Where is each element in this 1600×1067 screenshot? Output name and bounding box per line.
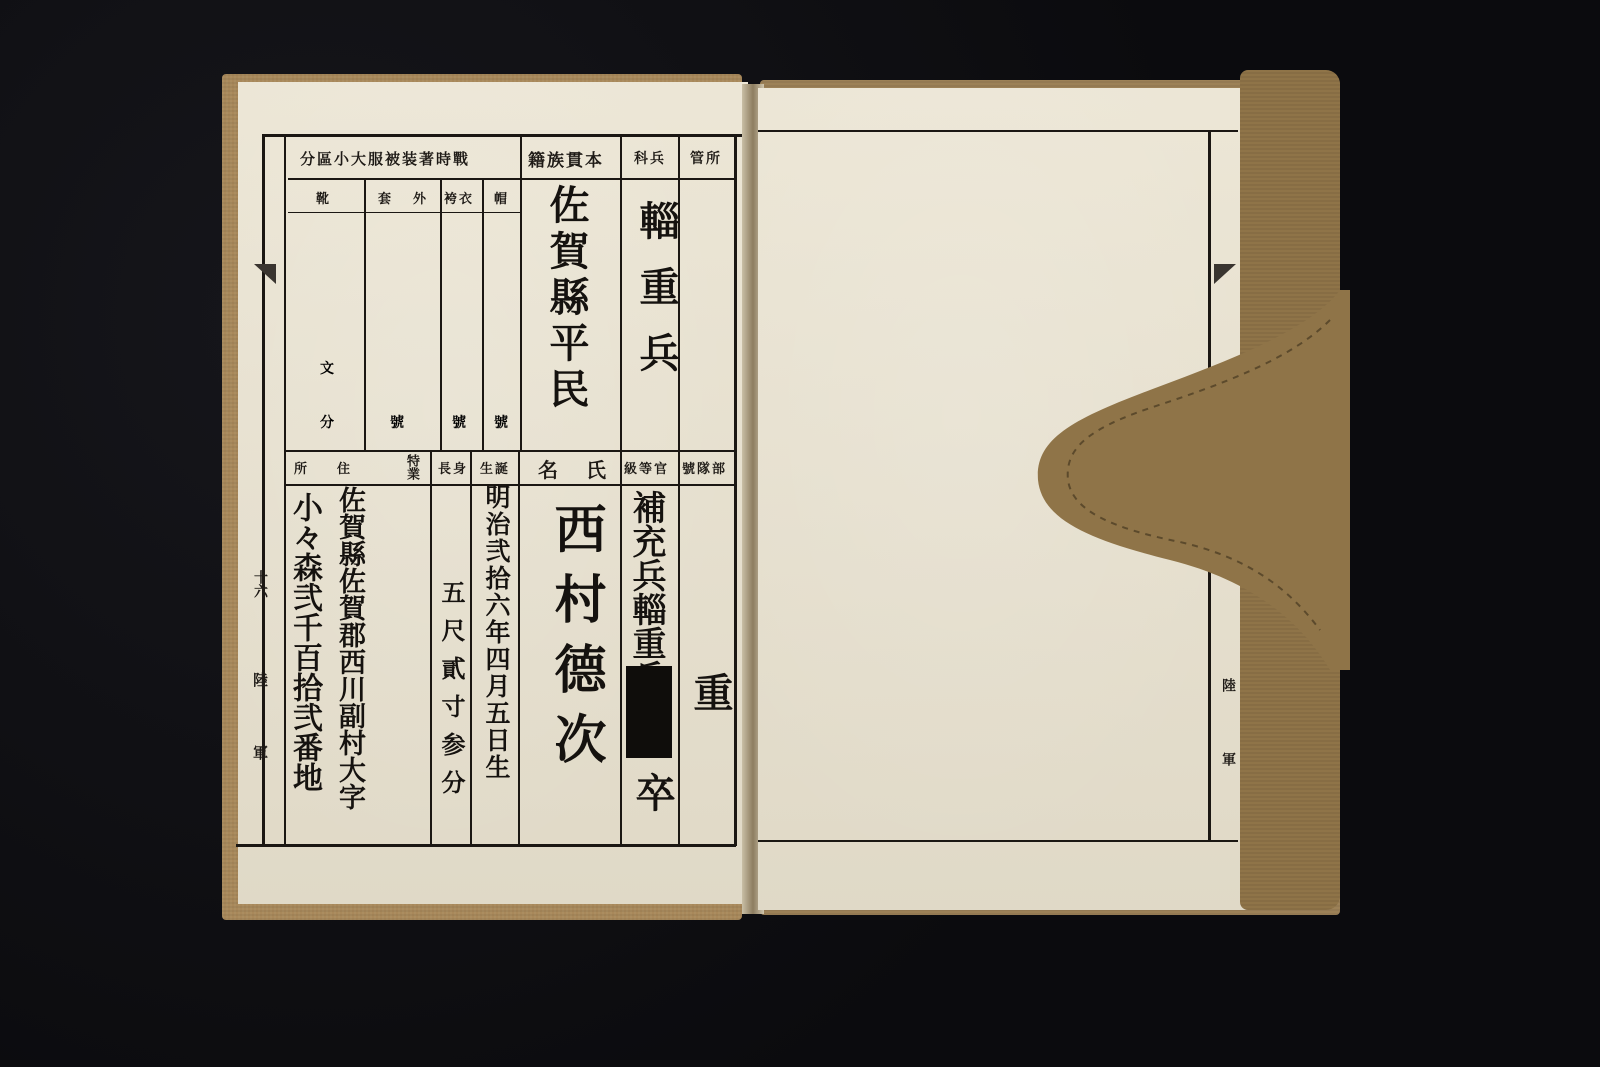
shimei-header: 氏名 <box>538 454 634 483</box>
kantou-suffix: 卒 <box>624 772 681 818</box>
boots-value-bun: 分 <box>320 412 334 432</box>
frame-top <box>758 130 1238 132</box>
frame-bottom <box>236 844 736 847</box>
frame-bottom <box>758 840 1238 842</box>
col-divider <box>518 450 520 846</box>
honkan-header: 本貫族籍 <box>528 146 604 171</box>
col-divider <box>364 180 366 450</box>
juusho-value-line2: 小々森弐千百拾弐番地 <box>282 492 326 792</box>
tokugyou-header: 特業 <box>402 454 421 480</box>
tanjou-header: 誕生 <box>480 458 510 477</box>
uniform-value: 號 <box>452 412 466 432</box>
overcoat-value: 號 <box>390 412 404 432</box>
shimei-value: 西村德次 <box>538 502 613 782</box>
col-divider <box>440 180 442 450</box>
header-rule <box>288 178 734 180</box>
strap-tab[interactable] <box>1030 290 1350 670</box>
col-divider <box>520 134 522 450</box>
unit-stamp: 重 <box>682 672 739 718</box>
uniform-header: 衣袴 <box>444 188 474 207</box>
clothing-size-header: 戰時著装被服大小區分 <box>300 148 470 169</box>
frame-top <box>262 134 746 137</box>
page-number: 十六 <box>250 570 270 598</box>
shinchou-header: 身長 <box>438 458 468 477</box>
juusho-header: 住所 <box>294 458 380 477</box>
frame-right <box>734 134 737 846</box>
shinchou-value: 五尺貳寸参分 <box>434 580 469 808</box>
middle-rule <box>284 450 734 452</box>
boots-value-mon: 文 <box>320 358 334 378</box>
left-page: 戰時著装被服大小區分 本貫族籍 兵科 所管 靴 外套 衣袴 帽 文 分 號 號 … <box>238 82 748 904</box>
juusho-value-line1: 佐賀縣佐賀郡西川副村大字 <box>330 486 369 810</box>
overcoat-header: 外套 <box>378 188 448 207</box>
fishtail-mark <box>254 264 276 284</box>
col-divider <box>470 450 472 846</box>
fishtail-mark <box>1214 264 1236 284</box>
kantou-header: 官等級 <box>624 458 669 477</box>
heika-header: 兵科 <box>634 148 666 168</box>
shokan-header: 所管 <box>690 148 722 168</box>
margin-title: 陸軍 <box>1218 678 1238 826</box>
tanjou-value: 明治弐拾六年四月五日生 <box>478 484 514 781</box>
boots-header: 靴 <box>316 188 331 207</box>
butai-header: 部隊號 <box>682 458 727 477</box>
redaction-mark <box>626 666 672 758</box>
clothing-sub-rule <box>288 212 520 213</box>
margin-title: 陸軍 <box>250 672 271 818</box>
heika-value: 輜重兵 <box>628 200 685 398</box>
honkan-value: 佐賀縣平民 <box>538 184 595 414</box>
cap-value: 號 <box>494 412 508 432</box>
cap-header: 帽 <box>494 188 509 207</box>
col-divider <box>430 450 432 846</box>
col-divider <box>482 180 484 450</box>
kantou-value: 補充兵輜重兵 <box>622 490 671 694</box>
col-divider <box>620 134 622 450</box>
